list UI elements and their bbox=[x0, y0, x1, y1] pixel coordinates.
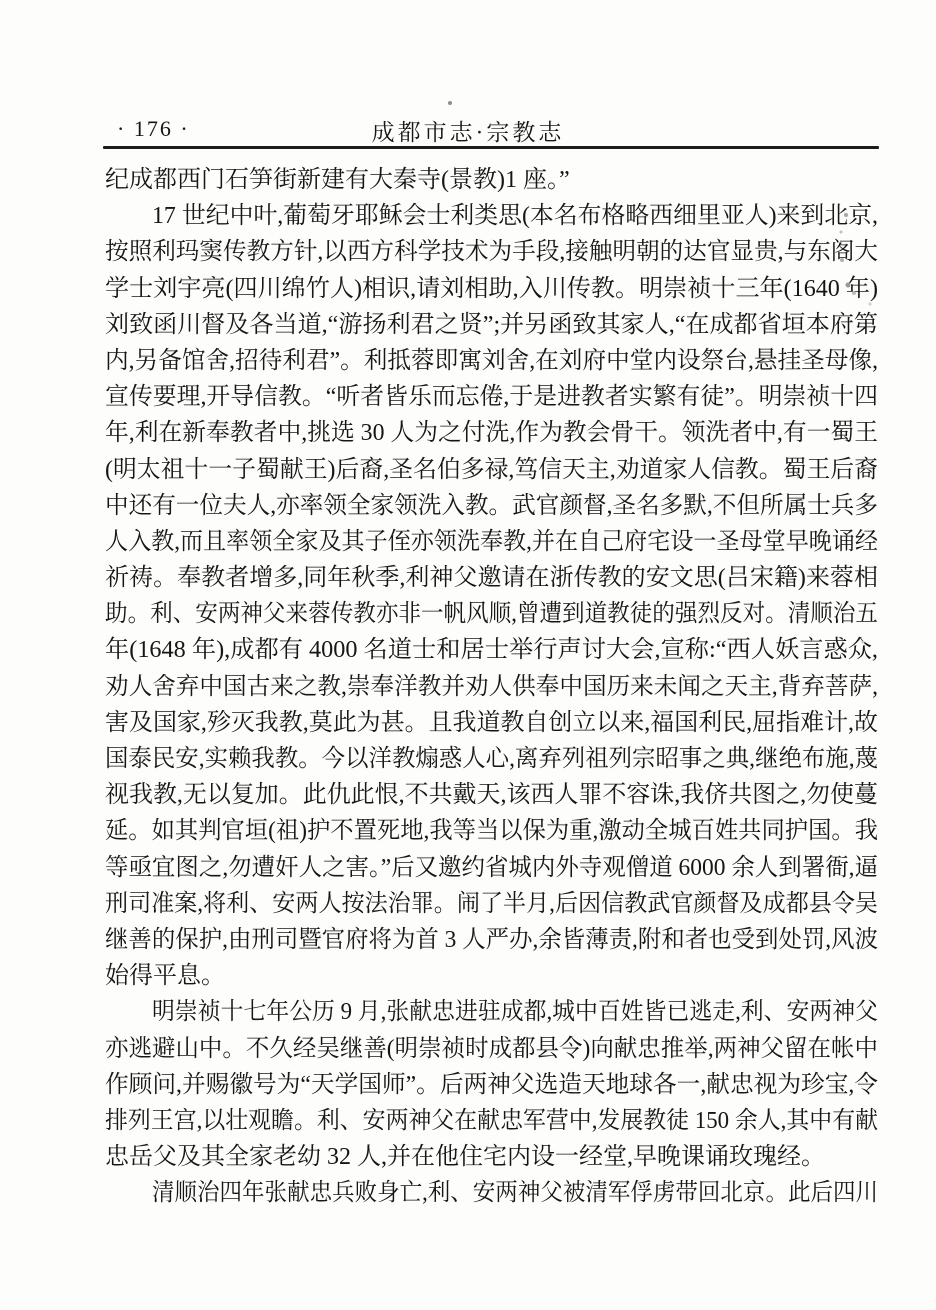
text-line: 排列王宫,以壮观瞻。利、安两神父在献忠军营中,发展教徒 150 余人,其中有献 bbox=[105, 1103, 878, 1139]
text-line: 按照利玛窦传教方针,以西方科学技术为手段,接触明朝的达官显贵,与东阁大 bbox=[105, 234, 878, 270]
text-line-content: 中还有一位夫人,亦率领全家领洗入教。武官颜督,圣名多默,不但所属士兵多 bbox=[105, 488, 878, 524]
text-line-content: 明崇祯十七年公历 9 月,张献忠进驻成都,城中百姓皆已逃走,利、安两神父 bbox=[152, 994, 878, 1030]
text-line: (明太祖十一子蜀献王)后裔,圣名伯多禄,笃信天主,劝道家人信教。蜀王后裔 bbox=[105, 452, 878, 488]
text-line: 视我教,无以复加。此仇此恨,不共戴天,该西人罪不容诛,我侪共图之,勿使蔓 bbox=[105, 777, 878, 813]
text-line-content: (明太祖十一子蜀献王)后裔,圣名伯多禄,笃信天主,劝道家人信教。蜀王后裔 bbox=[105, 452, 878, 488]
text-line: 劝人舍弃中国古来之教,崇奉洋教并劝人供奉中国历来未闻之天主,背弃菩萨, bbox=[105, 669, 878, 705]
text-line-content: 内,另备馆舍,招待利君”。利抵蓉即寓刘舍,在刘府中堂内设祭台,悬挂圣母像, bbox=[105, 343, 878, 379]
text-line-content: 劝人舍弃中国古来之教,崇奉洋教并劝人供奉中国历来未闻之天主,背弃菩萨, bbox=[105, 669, 878, 705]
text-line: 继善的保护,由刑司暨官府将为首 3 人严办,余皆薄责,附和者也受到处罚,风波 bbox=[105, 922, 878, 958]
scanned-book-page: · 176 · 成都市志·宗教志 纪成都西门石笋街新建有大秦寺(景教)1 座。”… bbox=[0, 0, 936, 1310]
text-line-content: 年(1648 年),成都有 4000 名道士和居士举行声讨大会,宣称:“西人妖言… bbox=[105, 632, 878, 668]
text-line-content: 17 世纪中叶,葡萄牙耶稣会士利类思(本名布格略西细里亚人)来到北京, bbox=[152, 198, 878, 234]
text-line: 害及国家,殄灭我教,莫此为甚。且我道教自创立以来,福国利民,屈指难计,故 bbox=[105, 705, 878, 741]
text-line: 中还有一位夫人,亦率领全家领洗入教。武官颜督,圣名多默,不但所属士兵多 bbox=[105, 488, 878, 524]
page-body: 纪成都西门石笋街新建有大秦寺(景教)1 座。”17 世纪中叶,葡萄牙耶稣会士利类… bbox=[105, 162, 878, 1211]
text-line-content: 刑司准案,将利、安两人按法治罪。闹了半月,后因信教武官颜督及成都县令吴 bbox=[105, 886, 878, 922]
text-line: 祈祷。奉教者增多,同年秋季,利神父邀请在浙传教的安文思(吕宋籍)来蓉相 bbox=[105, 560, 878, 596]
text-line-content: 害及国家,殄灭我教,莫此为甚。且我道教自创立以来,福国利民,屈指难计,故 bbox=[105, 705, 878, 741]
page-header: · 176 · 成都市志·宗教志 bbox=[0, 112, 936, 146]
text-line-content: 清顺治四年张献忠兵败身亡,利、安两神父被清军俘虏带回北京。此后四川 bbox=[152, 1175, 878, 1211]
text-line-content: 排列王宫,以壮观瞻。利、安两神父在献忠军营中,发展教徒 150 余人,其中有献 bbox=[105, 1103, 878, 1139]
text-line: 延。如其判官垣(祖)护不置死地,我等当以保为重,激动全城百姓共同护国。我 bbox=[105, 813, 878, 849]
text-line: 亦逃避山中。不久经吴继善(明崇祯时成都县令)向献忠推举,两神父留在帐中 bbox=[105, 1031, 878, 1067]
text-line: 纪成都西门石笋街新建有大秦寺(景教)1 座。” bbox=[105, 162, 878, 198]
text-line-content: 刘致函川督及各当道,“游扬利君之贤”;并另函致其家人,“在成都省垣本府第 bbox=[105, 307, 878, 343]
text-line: 学士刘宇亮(四川绵竹人)相识,请刘相助,入川传教。明崇祯十三年(1640 年) bbox=[105, 271, 878, 307]
text-line: 清顺治四年张献忠兵败身亡,利、安两神父被清军俘虏带回北京。此后四川 bbox=[105, 1175, 878, 1211]
text-line: 助。利、安两神父来蓉传教亦非一帆风顺,曾遭到道教徒的强烈反对。清顺治五 bbox=[105, 596, 878, 632]
text-line-content: 始得平息。 bbox=[105, 958, 225, 994]
text-line: 年(1648 年),成都有 4000 名道士和居士举行声讨大会,宣称:“西人妖言… bbox=[105, 632, 878, 668]
text-line-content: 人入教,而且率领全家及其子侄亦领洗奉教,并在自己府宅设一圣母堂早晚诵经 bbox=[105, 524, 878, 560]
text-line-content: 学士刘宇亮(四川绵竹人)相识,请刘相助,入川传教。明崇祯十三年(1640 年) bbox=[105, 271, 878, 307]
text-line: 年,利在新奉教者中,挑选 30 人为之付洗,作为教会骨干。领洗者中,有一蜀王 bbox=[105, 415, 878, 451]
text-line-content: 延。如其判官垣(祖)护不置死地,我等当以保为重,激动全城百姓共同护国。我 bbox=[105, 813, 878, 849]
text-line: 作顾问,并赐徽号为“天学国师”。后两神父选造天地球各一,献忠视为珍宝,令 bbox=[105, 1067, 878, 1103]
header-rule bbox=[103, 146, 879, 149]
text-line: 宣传要理,开导信教。“听者皆乐而忘倦,于是进教者实繁有徒”。明崇祯十四 bbox=[105, 379, 878, 415]
text-line-content: 纪成都西门石笋街新建有大秦寺(景教)1 座。” bbox=[105, 162, 570, 198]
text-line: 忠岳父及其全家老幼 32 人,并在他住宅内设一经堂,早晚课诵玫瑰经。 bbox=[105, 1139, 878, 1175]
text-line-content: 亦逃避山中。不久经吴继善(明崇祯时成都县令)向献忠推举,两神父留在帐中 bbox=[105, 1031, 878, 1067]
text-line: 刑司准案,将利、安两人按法治罪。闹了半月,后因信教武官颜督及成都县令吴 bbox=[105, 886, 878, 922]
text-line-content: 年,利在新奉教者中,挑选 30 人为之付洗,作为教会骨干。领洗者中,有一蜀王 bbox=[105, 415, 878, 451]
text-line: 内,另备馆舍,招待利君”。利抵蓉即寓刘舍,在刘府中堂内设祭台,悬挂圣母像, bbox=[105, 343, 878, 379]
text-line: 始得平息。 bbox=[105, 958, 878, 994]
text-line-content: 继善的保护,由刑司暨官府将为首 3 人严办,余皆薄责,附和者也受到处罚,风波 bbox=[105, 922, 878, 958]
scan-noise-speckles bbox=[0, 0, 2, 2]
text-line-content: 视我教,无以复加。此仇此恨,不共戴天,该西人罪不容诛,我侪共图之,勿使蔓 bbox=[105, 777, 878, 813]
text-line: 等亟宜图之,勿遭奸人之害。”后又邀约省城内外寺观僧道 6000 余人到署衙,逼 bbox=[105, 850, 878, 886]
text-line-content: 祈祷。奉教者增多,同年秋季,利神父邀请在浙传教的安文思(吕宋籍)来蓉相 bbox=[105, 560, 878, 596]
text-line-content: 忠岳父及其全家老幼 32 人,并在他住宅内设一经堂,早晚课诵玫瑰经。 bbox=[105, 1139, 825, 1175]
text-line-content: 等亟宜图之,勿遭奸人之害。”后又邀约省城内外寺观僧道 6000 余人到署衙,逼 bbox=[105, 850, 878, 886]
text-line: 刘致函川督及各当道,“游扬利君之贤”;并另函致其家人,“在成都省垣本府第 bbox=[105, 307, 878, 343]
text-line: 明崇祯十七年公历 9 月,张献忠进驻成都,城中百姓皆已逃走,利、安两神父 bbox=[105, 994, 878, 1030]
text-line: 17 世纪中叶,葡萄牙耶稣会士利类思(本名布格略西细里亚人)来到北京, bbox=[105, 198, 878, 234]
text-line-content: 国泰民安,实赖我教。今以洋教煽惑人心,离弃列祖列宗昭事之典,继绝布施,蔑 bbox=[105, 741, 878, 777]
text-line-content: 按照利玛窦传教方针,以西方科学技术为手段,接触明朝的达官显贵,与东阁大 bbox=[105, 234, 878, 270]
text-line-content: 助。利、安两神父来蓉传教亦非一帆风顺,曾遭到道教徒的强烈反对。清顺治五 bbox=[105, 596, 878, 632]
text-line: 人入教,而且率领全家及其子侄亦领洗奉教,并在自己府宅设一圣母堂早晚诵经 bbox=[105, 524, 878, 560]
text-line: 国泰民安,实赖我教。今以洋教煽惑人心,离弃列祖列宗昭事之典,继绝布施,蔑 bbox=[105, 741, 878, 777]
book-title: 成都市志·宗教志 bbox=[0, 114, 936, 147]
text-line-content: 宣传要理,开导信教。“听者皆乐而忘倦,于是进教者实繁有徒”。明崇祯十四 bbox=[105, 379, 878, 415]
text-line-content: 作顾问,并赐徽号为“天学国师”。后两神父选造天地球各一,献忠视为珍宝,令 bbox=[105, 1067, 878, 1103]
